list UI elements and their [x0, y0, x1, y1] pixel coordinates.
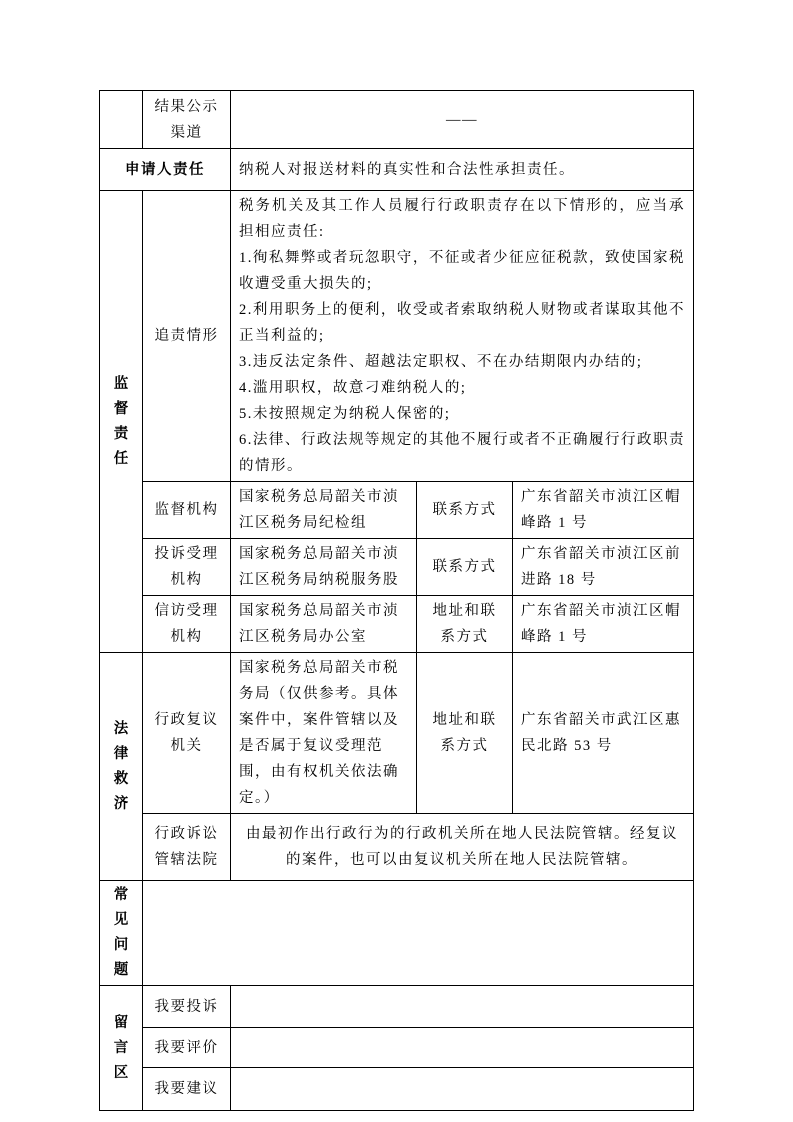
row-administrative-review: 法律救济 行政复议机关 国家税务总局韶关市税务局（仅供参考。具体案件中，案件管辖… — [99, 653, 693, 814]
supervision-group-label: 监督责任 — [113, 372, 128, 472]
petition-contact-label: 地址和联系方式 — [416, 596, 512, 653]
row-faq: 常见问题 — [99, 881, 693, 986]
complaint-agency-org: 国家税务总局韶关市浈江区税务局纳税服务股 — [230, 539, 416, 596]
result-publicity-value: —— — [230, 91, 693, 149]
message-complain-cell — [230, 986, 693, 1028]
applicant-responsibility-value: 纳税人对报送材料的真实性和合法性承担责任。 — [230, 149, 693, 191]
litigation-court-label: 行政诉讼管辖法院 — [142, 814, 230, 881]
result-publicity-label: 结果公示渠道 — [142, 91, 230, 149]
faq-content-cell — [142, 881, 693, 986]
supervisor-contact-label: 联系方式 — [416, 482, 512, 539]
row-complaint-agency: 投诉受理机构 国家税务总局韶关市浈江区税务局纳税服务股 联系方式 广东省韶关市浈… — [99, 539, 693, 596]
row-applicant-responsibility: 申请人责任 纳税人对报送材料的真实性和合法性承担责任。 — [99, 149, 693, 191]
petition-contact-address: 广东省韶关市浈江区帽峰路 1 号 — [512, 596, 693, 653]
review-contact-label: 地址和联系方式 — [416, 653, 512, 814]
litigation-court-value: 由最初作出行政行为的行政机关所在地人民法院管辖。经复议的案件，也可以由复议机关所… — [230, 814, 693, 881]
accountability-paragraph: 税务机关及其工作人员履行行政职责存在以下情形的，应当承担相应责任: — [239, 193, 685, 245]
supervisor-contact-address: 广东省韶关市浈江区帽峰路 1 号 — [512, 482, 693, 539]
document-page: 结果公示渠道 —— 申请人责任 纳税人对报送材料的真实性和合法性承担责任。 监督… — [0, 0, 793, 1122]
faq-group-label: 常见问题 — [113, 883, 128, 983]
group-cell-faq: 常见问题 — [99, 881, 142, 986]
message-board-group-label: 留言区 — [113, 1011, 128, 1086]
review-agency-label: 行政复议机关 — [142, 653, 230, 814]
applicant-responsibility-label: 申请人责任 — [99, 149, 230, 191]
accountability-paragraph: 3.违反法定条件、超越法定职权、不在办结期限内办结的; — [239, 349, 685, 375]
row-result-publicity: 结果公示渠道 —— — [99, 91, 693, 149]
group-cell-message-board: 留言区 — [99, 986, 142, 1111]
accountability-paragraph: 1.徇私舞弊或者玩忽职守，不征或者少征应征税款，致使国家税收遭受重大损失的; — [239, 245, 685, 297]
row-message-suggest: 我要建议 — [99, 1068, 693, 1111]
accountability-content: 税务机关及其工作人员履行行政职责存在以下情形的，应当承担相应责任: 1.徇私舞弊… — [230, 191, 693, 482]
supervisor-agency-org: 国家税务总局韶关市浈江区税务局纪检组 — [230, 482, 416, 539]
complaint-contact-address: 广东省韶关市浈江区前进路 18 号 — [512, 539, 693, 596]
message-item-evaluate: 我要评价 — [142, 1028, 230, 1068]
accountability-paragraph: 5.未按照规定为纳税人保密的; — [239, 401, 685, 427]
legal-remedy-group-label: 法律救济 — [113, 717, 128, 817]
supervisor-agency-label: 监督机构 — [142, 482, 230, 539]
row-petition-agency: 信访受理机构 国家税务总局韶关市浈江区税务局办公室 地址和联系方式 广东省韶关市… — [99, 596, 693, 653]
message-suggest-cell — [230, 1068, 693, 1111]
petition-agency-org: 国家税务总局韶关市浈江区税务局办公室 — [230, 596, 416, 653]
service-guide-table: 结果公示渠道 —— 申请人责任 纳税人对报送材料的真实性和合法性承担责任。 监督… — [99, 90, 694, 1111]
complaint-agency-label: 投诉受理机构 — [142, 539, 230, 596]
complaint-contact-label: 联系方式 — [416, 539, 512, 596]
row-message-evaluate: 我要评价 — [99, 1028, 693, 1068]
petition-agency-label: 信访受理机构 — [142, 596, 230, 653]
accountability-paragraph: 2.利用职务上的便利，收受或者索取纳税人财物或者谋取其他不正当利益的; — [239, 297, 685, 349]
row-message-complain: 留言区 我要投诉 — [99, 986, 693, 1028]
message-item-suggest: 我要建议 — [142, 1068, 230, 1111]
group-cell-empty — [99, 91, 142, 149]
message-item-complain: 我要投诉 — [142, 986, 230, 1028]
row-accountability: 监督责任 追责情形 税务机关及其工作人员履行行政职责存在以下情形的，应当承担相应… — [99, 191, 693, 482]
accountability-label: 追责情形 — [142, 191, 230, 482]
accountability-paragraph: 4.滥用职权，故意刁难纳税人的; — [239, 375, 685, 401]
row-litigation-court: 行政诉讼管辖法院 由最初作出行政行为的行政机关所在地人民法院管辖。经复议的案件，… — [99, 814, 693, 881]
group-cell-supervision: 监督责任 — [99, 191, 142, 653]
review-agency-org: 国家税务总局韶关市税务局（仅供参考。具体案件中，案件管辖以及是否属于复议受理范围… — [230, 653, 416, 814]
review-contact-address: 广东省韶关市武江区惠民北路 53 号 — [512, 653, 693, 814]
message-evaluate-cell — [230, 1028, 693, 1068]
row-supervisor-agency: 监督机构 国家税务总局韶关市浈江区税务局纪检组 联系方式 广东省韶关市浈江区帽峰… — [99, 482, 693, 539]
accountability-paragraph: 6.法律、行政法规等规定的其他不履行或者不正确履行行政职责的情形。 — [239, 427, 685, 479]
group-cell-legal-remedy: 法律救济 — [99, 653, 142, 881]
